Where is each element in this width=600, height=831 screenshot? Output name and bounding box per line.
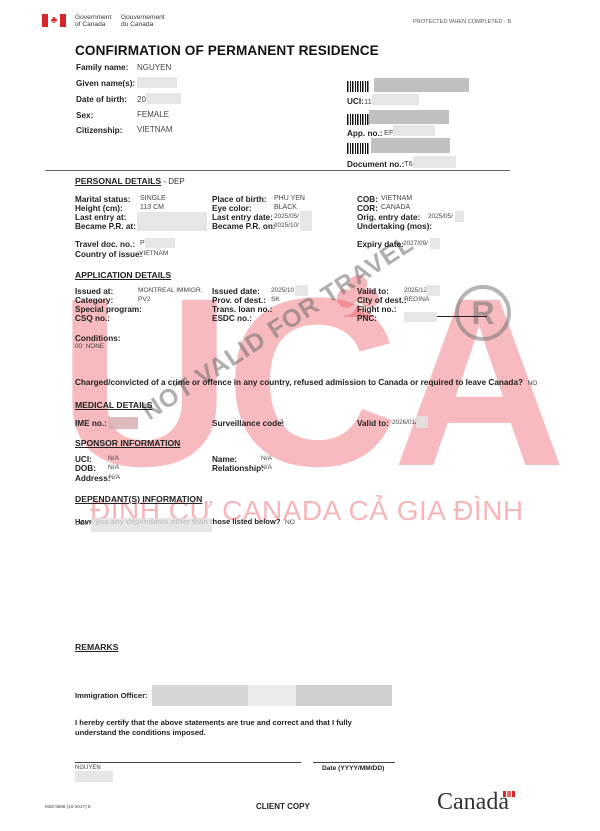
sex-value: FEMALE <box>137 110 169 119</box>
redacted-entry-place <box>137 212 207 231</box>
sponsor-relationship-value: N/A <box>261 464 272 471</box>
canada-wordmark: Canada <box>437 789 509 816</box>
surveillance-label: Surveillance code: <box>212 419 284 428</box>
country-of-issue-value: VIETNAM <box>139 250 168 257</box>
redacted-orig-entry <box>455 211 464 222</box>
medical-valid-to-value: 2026/01/ <box>392 419 417 426</box>
sex-label: Sex: <box>76 111 93 120</box>
sponsor-uci-label: UCI: <box>75 455 92 464</box>
category-label: Category: <box>75 296 113 305</box>
place-of-birth-label: Place of birth: <box>212 195 267 204</box>
sponsor-address-value: N/A <box>109 474 120 481</box>
redacted-valid-to <box>426 285 440 296</box>
dependants-heading: DEPENDANT(S) INFORMATION <box>75 494 202 504</box>
expiry-date-value: 2027/09/ <box>403 240 428 247</box>
prov-dest-label: Prov. of dest.: <box>212 296 266 305</box>
country-of-issue-label: Country of issue: <box>75 250 142 259</box>
sponsor-uci-value: N/A <box>108 455 119 462</box>
travel-doc-value: P <box>140 240 145 247</box>
issued-at-value: MONTREAL IMMIGR. <box>138 287 203 294</box>
redacted-dependant-uci <box>91 518 212 532</box>
expiry-date-label: Expiry date: <box>357 240 404 249</box>
redacted-app-no <box>393 125 435 136</box>
special-program-label: Special program: <box>75 305 142 314</box>
certify-line-2: understand the conditions imposed. <box>75 728 206 737</box>
last-entry-date-label: Last entry date: <box>212 213 273 222</box>
sponsor-info-heading: SPONSOR INFORMATION <box>75 438 180 448</box>
marital-status-value: SINGLE <box>140 195 166 202</box>
pnc-label: PNC: <box>357 314 377 323</box>
barcode-icon <box>347 81 369 92</box>
height-label: Height (cm): <box>75 204 123 213</box>
signature-line <box>75 762 301 763</box>
last-entry-date-value: 2025/05/ <box>274 213 299 220</box>
watermark-not-valid: NOT VALID FOR TRAVEL <box>137 229 419 426</box>
became-pr-on-label: Became P.R. on: <box>212 222 276 231</box>
certify-line-1: I hereby certify that the above statemen… <box>75 718 352 727</box>
document-no-label: Document no.: <box>347 160 404 169</box>
given-names-label: Given name(s): <box>76 79 135 88</box>
form-code: IMM 5688 (10-2017) E <box>45 804 91 809</box>
last-entry-at-label: Last entry at: <box>75 213 126 222</box>
esdc-label: ESDC no.: <box>212 314 252 323</box>
dependants-uci-label: UCI: <box>75 520 88 527</box>
redacted-travel-doc <box>145 238 175 248</box>
redacted-ime <box>108 417 138 429</box>
city-dest-value: REGINA <box>404 296 429 303</box>
canada-flag-icon: ♣ <box>42 14 66 27</box>
sponsor-relationship-label: Relationship: <box>212 464 264 473</box>
city-dest-label: City of dest.: <box>357 296 407 305</box>
redacted-barcode-2 <box>369 110 449 124</box>
category-value: PV2 <box>138 296 150 303</box>
cob-label: COB: <box>357 195 378 204</box>
signature-date-label: Date (YYYY/MM/DD) <box>322 765 384 772</box>
gov-en-signature: Governmentof Canada <box>75 14 111 28</box>
cor-value: CANADA <box>381 204 410 211</box>
orig-entry-date-label: Orig. entry date: <box>357 213 420 222</box>
ime-label: IME no.: <box>75 419 107 428</box>
family-name-value: NGUYEN <box>137 63 171 72</box>
dob-value: 20 <box>137 95 146 104</box>
flight-label: Flight no.: <box>357 305 397 314</box>
cor-label: COR: <box>357 204 378 213</box>
client-copy-label: CLIENT COPY <box>256 802 310 811</box>
redacted-barcode-3 <box>371 138 450 153</box>
sponsor-name-value: N/A <box>261 455 272 462</box>
eye-color-label: Eye color: <box>212 204 252 213</box>
conditions-value: 00: NONE <box>75 343 104 350</box>
became-pr-at-label: Became P.R. at: <box>75 222 136 231</box>
barcode-icon <box>347 114 369 125</box>
prov-dest-value: SK <box>271 296 280 303</box>
became-pr-on-value: 2025/10/ <box>274 222 299 229</box>
place-of-birth-value: PHU YEN <box>274 195 305 202</box>
sponsor-name-label: Name: <box>212 455 237 464</box>
undertaking-label: Undertaking (mos): <box>357 222 432 231</box>
page-title: CONFIRMATION OF PERMANENT RESIDENCE <box>75 43 379 58</box>
sponsor-dob-label: DOB: <box>75 464 96 473</box>
height-value: 113 CM <box>140 204 164 211</box>
canada-flag-icon <box>503 791 515 797</box>
citizenship-value: VIETNAM <box>137 125 173 134</box>
redacted-given-names <box>137 77 177 88</box>
redacted-uci <box>372 94 419 105</box>
conditions-label: Conditions: <box>75 334 120 343</box>
date-line <box>313 762 395 763</box>
valid-to-label: Valid to: <box>357 287 389 296</box>
barcode-icon <box>347 143 369 154</box>
remarks-heading: REMARKS <box>75 642 118 652</box>
charged-question: Charged/convicted of a crime or offence … <box>75 372 537 390</box>
eye-color-value: BLACK <box>274 204 297 211</box>
csq-label: CSQ no.: <box>75 314 110 323</box>
sponsor-dob-value: N/A <box>108 464 119 471</box>
redacted-signature-given <box>75 771 113 782</box>
valid-to-value: 2025/12 <box>404 287 427 294</box>
redacted-medical-valid <box>416 416 428 428</box>
marital-status-label: Marital status: <box>75 195 131 204</box>
sponsor-address-label: Address: <box>75 474 111 483</box>
dob-label: Date of birth: <box>76 95 127 104</box>
issued-at-label: Issued at: <box>75 287 113 296</box>
redacted-issued-date <box>295 285 308 296</box>
trans-loan-label: Trans. loan no.: <box>212 305 273 314</box>
registered-icon: R <box>455 285 511 341</box>
redacted-expiry <box>430 238 440 249</box>
officer-label: Immigration Officer: <box>75 691 148 700</box>
document-no-value: T6 <box>404 159 413 168</box>
redacted-dob <box>146 93 181 104</box>
gov-fr-signature: Gouvernementdu Canada <box>121 14 165 28</box>
surveillance-value: 1 <box>280 419 284 426</box>
redacted-officer-signature <box>152 685 392 706</box>
protected-label: PROTECTED WHEN COMPLETED - B <box>413 19 511 25</box>
redacted-document-no <box>413 156 456 168</box>
pnc-line <box>437 316 487 317</box>
redacted-barcode-1 <box>374 78 469 92</box>
redacted-dates <box>300 211 312 231</box>
issued-date-value: 2025/10 <box>271 287 294 294</box>
medical-details-heading: MEDICAL DETAILS <box>75 400 153 410</box>
application-details-heading: APPLICATION DETAILS <box>75 270 171 280</box>
orig-entry-date-value: 2025/05/ <box>428 213 453 220</box>
cob-value: VIETNAM <box>381 195 412 202</box>
travel-doc-label: Travel doc. no.: <box>75 240 135 249</box>
family-name-label: Family name: <box>76 63 128 72</box>
app-no-label: App. no.: <box>347 129 382 138</box>
citizenship-label: Citizenship: <box>76 126 122 135</box>
divider <box>45 170 510 171</box>
uci-label: UCI: <box>347 97 364 106</box>
redacted-pnc <box>404 312 437 322</box>
medical-valid-to-label: Valid to: <box>357 419 389 428</box>
issued-date-label: Issued date: <box>212 287 260 296</box>
personal-details-heading: PERSONAL DETAILS - DEP <box>75 176 185 186</box>
